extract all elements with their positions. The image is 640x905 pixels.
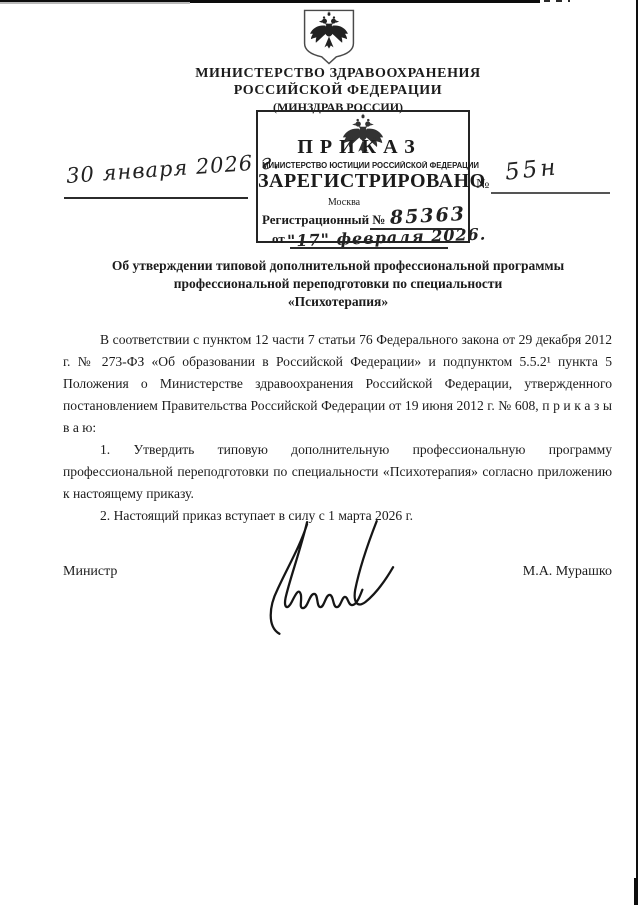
ministry-name-line1: МИНИСТЕРСТВО ЗДРАВООХРАНЕНИЯ <box>63 66 613 82</box>
scan-artifact-top-dashes <box>544 0 570 2</box>
stamp-date-underline <box>290 247 448 249</box>
document-title-line2: профессиональной переподготовки по специ… <box>63 275 613 293</box>
scan-artifact-right-line-bottom <box>634 878 638 905</box>
order-number-underline <box>491 192 610 194</box>
russia-coat-of-arms-icon <box>296 8 362 66</box>
document-page: МИНИСТЕРСТВО ЗДРАВООХРАНЕНИЯ РОССИЙСКОЙ … <box>0 0 640 905</box>
document-title-line1: Об утверждении типовой дополнительной пр… <box>63 257 613 275</box>
minister-signature <box>248 516 403 644</box>
signer-name: М.А. Мурашко <box>523 564 612 580</box>
registration-stamp: МИНИСТЕРСТВО ЮСТИЦИИ РОССИЙСКОЙ ФЕДЕРАЦИ… <box>256 110 470 243</box>
stamp-registered-label: ЗАРЕГИСТРИРОВАНО <box>258 170 466 193</box>
ministry-name-line2: РОССИЙСКОЙ ФЕДЕРАЦИИ <box>63 83 613 99</box>
document-title: Об утверждении типовой дополнительной пр… <box>63 257 613 311</box>
signer-position: Министр <box>63 564 117 580</box>
paragraph-item-1: 1. Утвердить типовую дополнительную проф… <box>63 439 612 505</box>
order-number-handwritten: 55н <box>504 154 560 185</box>
scan-artifact-top-bar-gray <box>0 2 190 4</box>
stamp-date-prefix: от <box>272 231 285 246</box>
stamp-coat-of-arms-icon <box>339 113 387 157</box>
order-date-underline <box>64 197 248 199</box>
document-title-line3: «Психотерапия» <box>63 293 613 311</box>
stamp-date-line: от"17" февраля 2026. <box>272 228 486 247</box>
scan-artifact-right-line <box>636 0 638 905</box>
paragraph-preamble: В соответствии с пунктом 12 части 7 стат… <box>63 329 612 439</box>
stamp-authority-name: МИНИСТЕРСТВО ЮСТИЦИИ РОССИЙСКОЙ ФЕДЕРАЦИ… <box>262 161 462 170</box>
stamp-registration-label: Регистрационный № <box>262 212 385 227</box>
document-body: В соответствии с пунктом 12 части 7 стат… <box>63 329 612 527</box>
order-date-handwritten: 30 января 2026 г. <box>65 150 266 188</box>
